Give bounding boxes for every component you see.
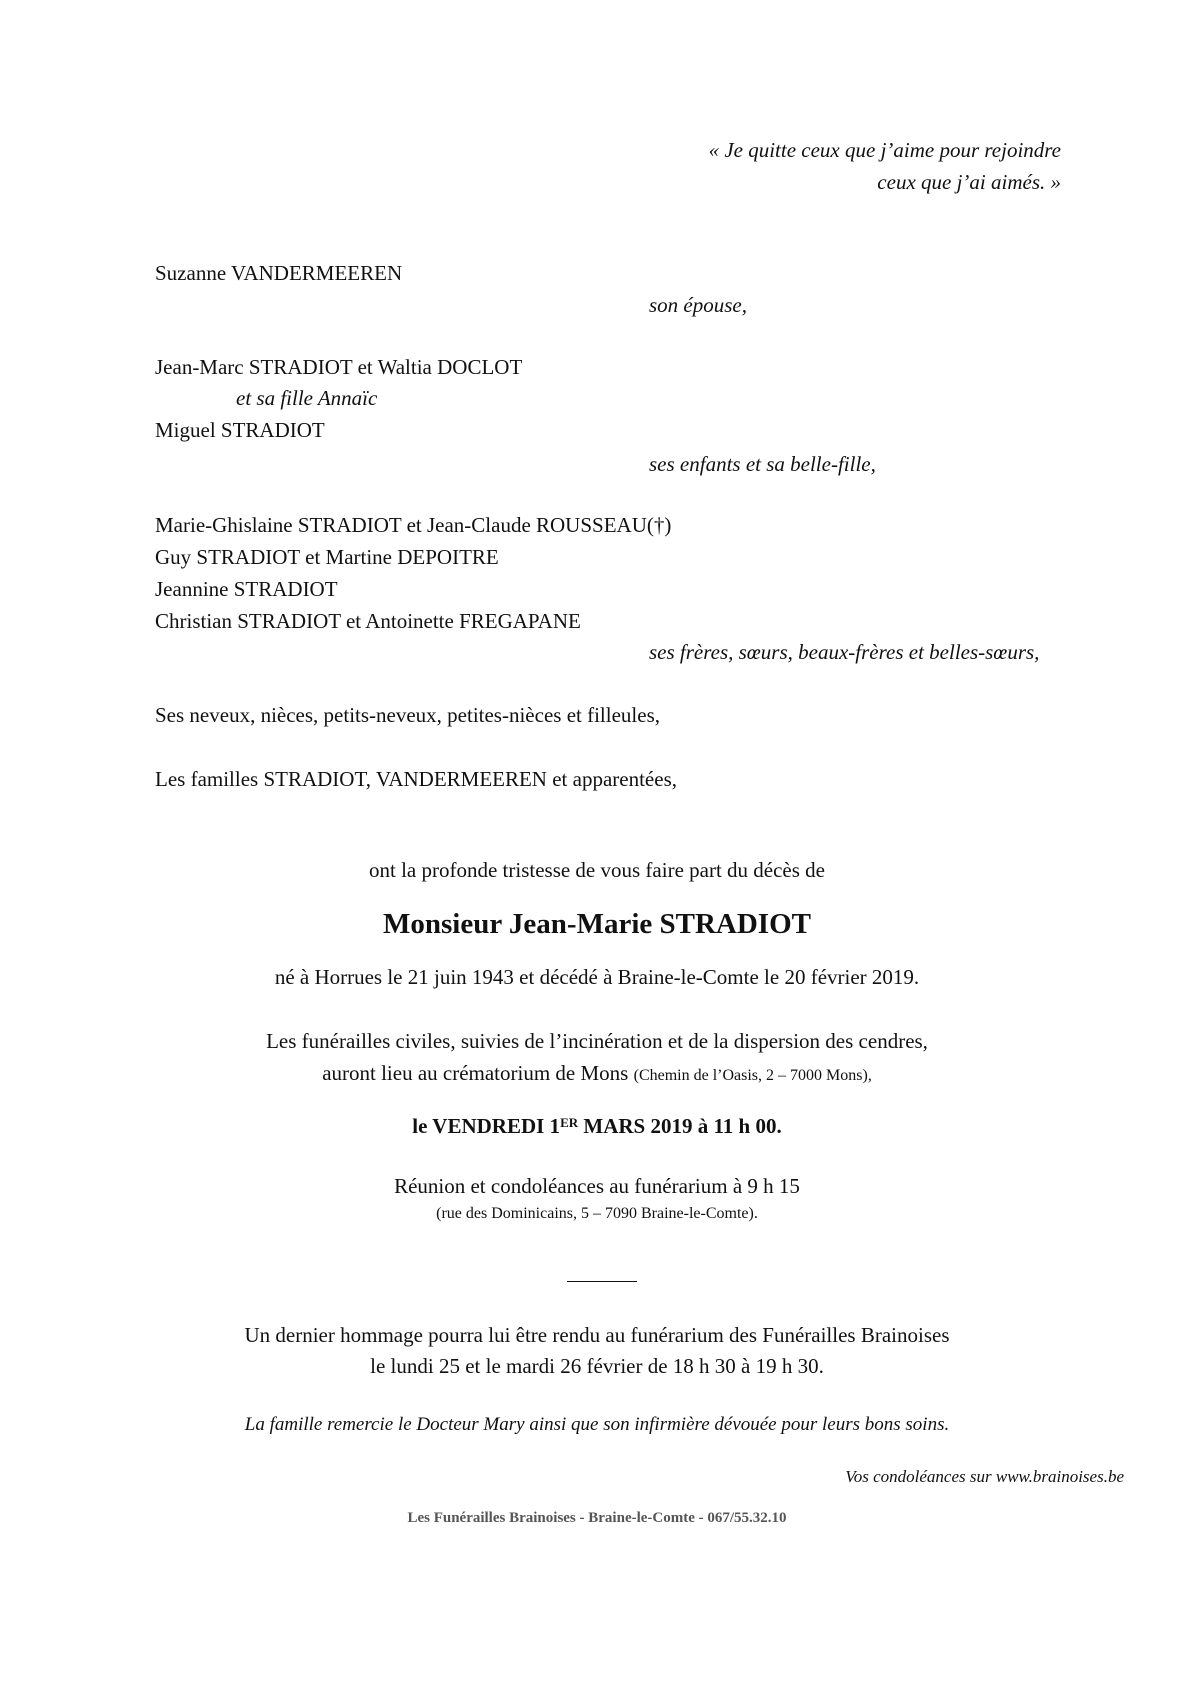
thanks-line: La famille remercie le Docteur Mary ains…	[0, 1411, 1194, 1439]
children-relation: ses enfants et sa belle-fille,	[649, 449, 876, 479]
funeral-address: (Chemin de l’Oasis, 2 – 7000 Mons),	[634, 1067, 872, 1084]
funeral-line-2: auront lieu au crématorium de Mons (Chem…	[0, 1058, 1194, 1091]
meeting-address: (rue des Dominicains, 5 – 7090 Braine-le…	[0, 1202, 1194, 1226]
tribute-line-1: Un dernier hommage pourra lui être rendu…	[0, 1320, 1194, 1350]
sibling-line: Christian STRADIOT et Antoinette FREGAPA…	[155, 606, 581, 636]
funeral-place: auront lieu au crématorium de Mons	[322, 1061, 633, 1085]
funeral-date: le VENDREDI 1ER MARS 2019 à 11 h 00.	[0, 1108, 1194, 1141]
child-line-1: Jean-Marc STRADIOT et Waltia DOCLOT	[155, 352, 522, 382]
funeral-date-sup: ER	[560, 1115, 578, 1130]
funeral-date-suffix: MARS 2019 à 11 h 00.	[578, 1114, 782, 1138]
tribute-line-2: le lundi 25 et le mardi 26 février de 18…	[0, 1351, 1194, 1381]
sibling-line: Marie-Ghislaine STRADIOT et Jean-Claude …	[155, 510, 671, 540]
spouse-name: Suzanne VANDERMEEREN	[155, 258, 402, 288]
meeting-line: Réunion et condoléances au funérarium à …	[0, 1171, 1194, 1201]
divider-rule	[567, 1281, 637, 1282]
deceased-name: Monsieur Jean-Marie STRADIOT	[0, 905, 1194, 943]
condolences-link[interactable]: Vos condoléances sur www.brainoises.be	[845, 1464, 1124, 1490]
funeral-date-prefix: le VENDREDI 1	[412, 1114, 560, 1138]
families-line: Les familles STRADIOT, VANDERMEEREN et a…	[155, 764, 677, 794]
spouse-relation: son épouse,	[649, 290, 747, 320]
funeral-line-1: Les funérailles civiles, suivies de l’in…	[0, 1026, 1194, 1056]
child-line-1-sub: et sa fille Annaïc	[236, 383, 377, 413]
epigraph-line-2: ceux que j’ai aimés. »	[877, 166, 1061, 198]
funeral-home-footer: Les Funérailles Brainoises - Braine-le-C…	[0, 1507, 1194, 1529]
child-line-2: Miguel STRADIOT	[155, 415, 325, 445]
birth-death-dates: né à Horrues le 21 juin 1943 et décédé à…	[0, 962, 1194, 992]
announcement-intro: ont la profonde tristesse de vous faire …	[0, 855, 1194, 885]
sibling-line: Jeannine STRADIOT	[155, 574, 338, 604]
epigraph-line-1: « Je quitte ceux que j’aime pour rejoind…	[709, 134, 1061, 166]
nephews-line: Ses neveux, nièces, petits-neveux, petit…	[155, 700, 660, 730]
sibling-line: Guy STRADIOT et Martine DEPOITRE	[155, 542, 499, 572]
siblings-relation: ses frères, sœurs, beaux-frères et belle…	[649, 637, 1039, 667]
